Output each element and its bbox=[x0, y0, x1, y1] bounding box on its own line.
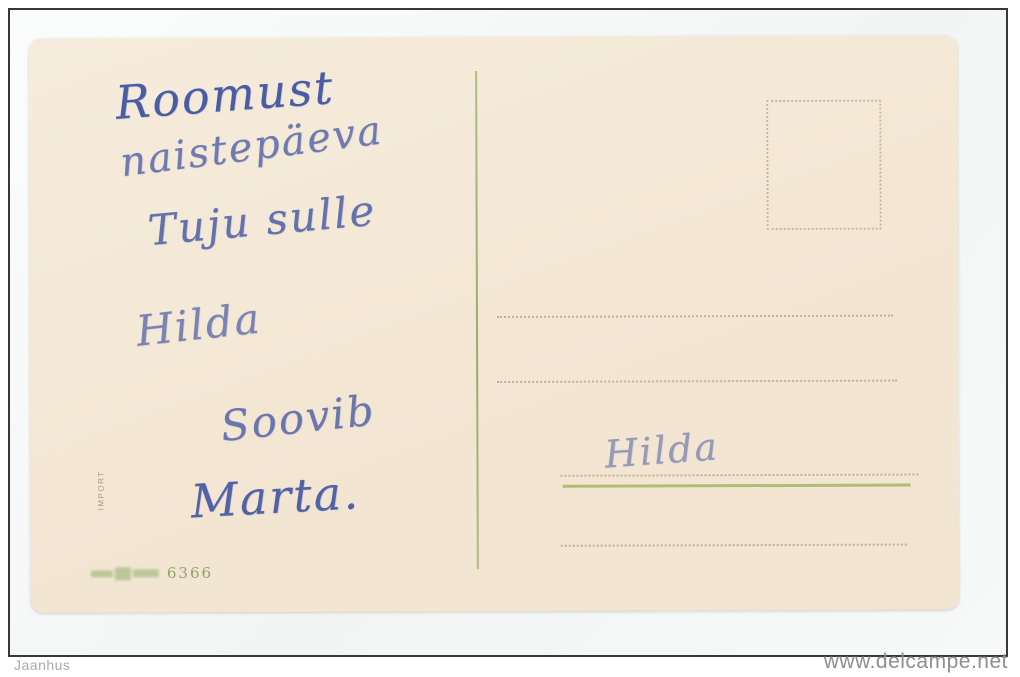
address-underline bbox=[563, 484, 911, 488]
center-divider-line bbox=[475, 71, 479, 569]
address-dotted-line bbox=[561, 544, 907, 547]
handwritten-message-line: Marta. bbox=[189, 465, 361, 528]
handwritten-message-line: Soovib bbox=[218, 385, 378, 450]
address-dotted-line bbox=[497, 315, 893, 318]
publisher-row: 6366 bbox=[91, 564, 213, 582]
address-dotted-line bbox=[497, 380, 897, 383]
scan-border: Roomust naistepäeva Tuju sulle Hilda Soo… bbox=[8, 8, 1008, 657]
postcard-back: Roomust naistepäeva Tuju sulle Hilda Soo… bbox=[29, 35, 959, 612]
import-label: IMPORT bbox=[97, 470, 137, 510]
stamp-box bbox=[766, 100, 881, 230]
handwritten-addressee: Hilda bbox=[603, 424, 720, 476]
watermark-site: www.delcampe.net bbox=[824, 650, 1008, 674]
serial-number: 6366 bbox=[167, 564, 213, 582]
publisher-logo-mark bbox=[91, 567, 159, 580]
watermark-seller: Jaanhus bbox=[14, 657, 70, 673]
handwritten-message-line: Hilda bbox=[134, 293, 264, 355]
handwritten-message-line: Tuju sulle bbox=[146, 186, 378, 256]
